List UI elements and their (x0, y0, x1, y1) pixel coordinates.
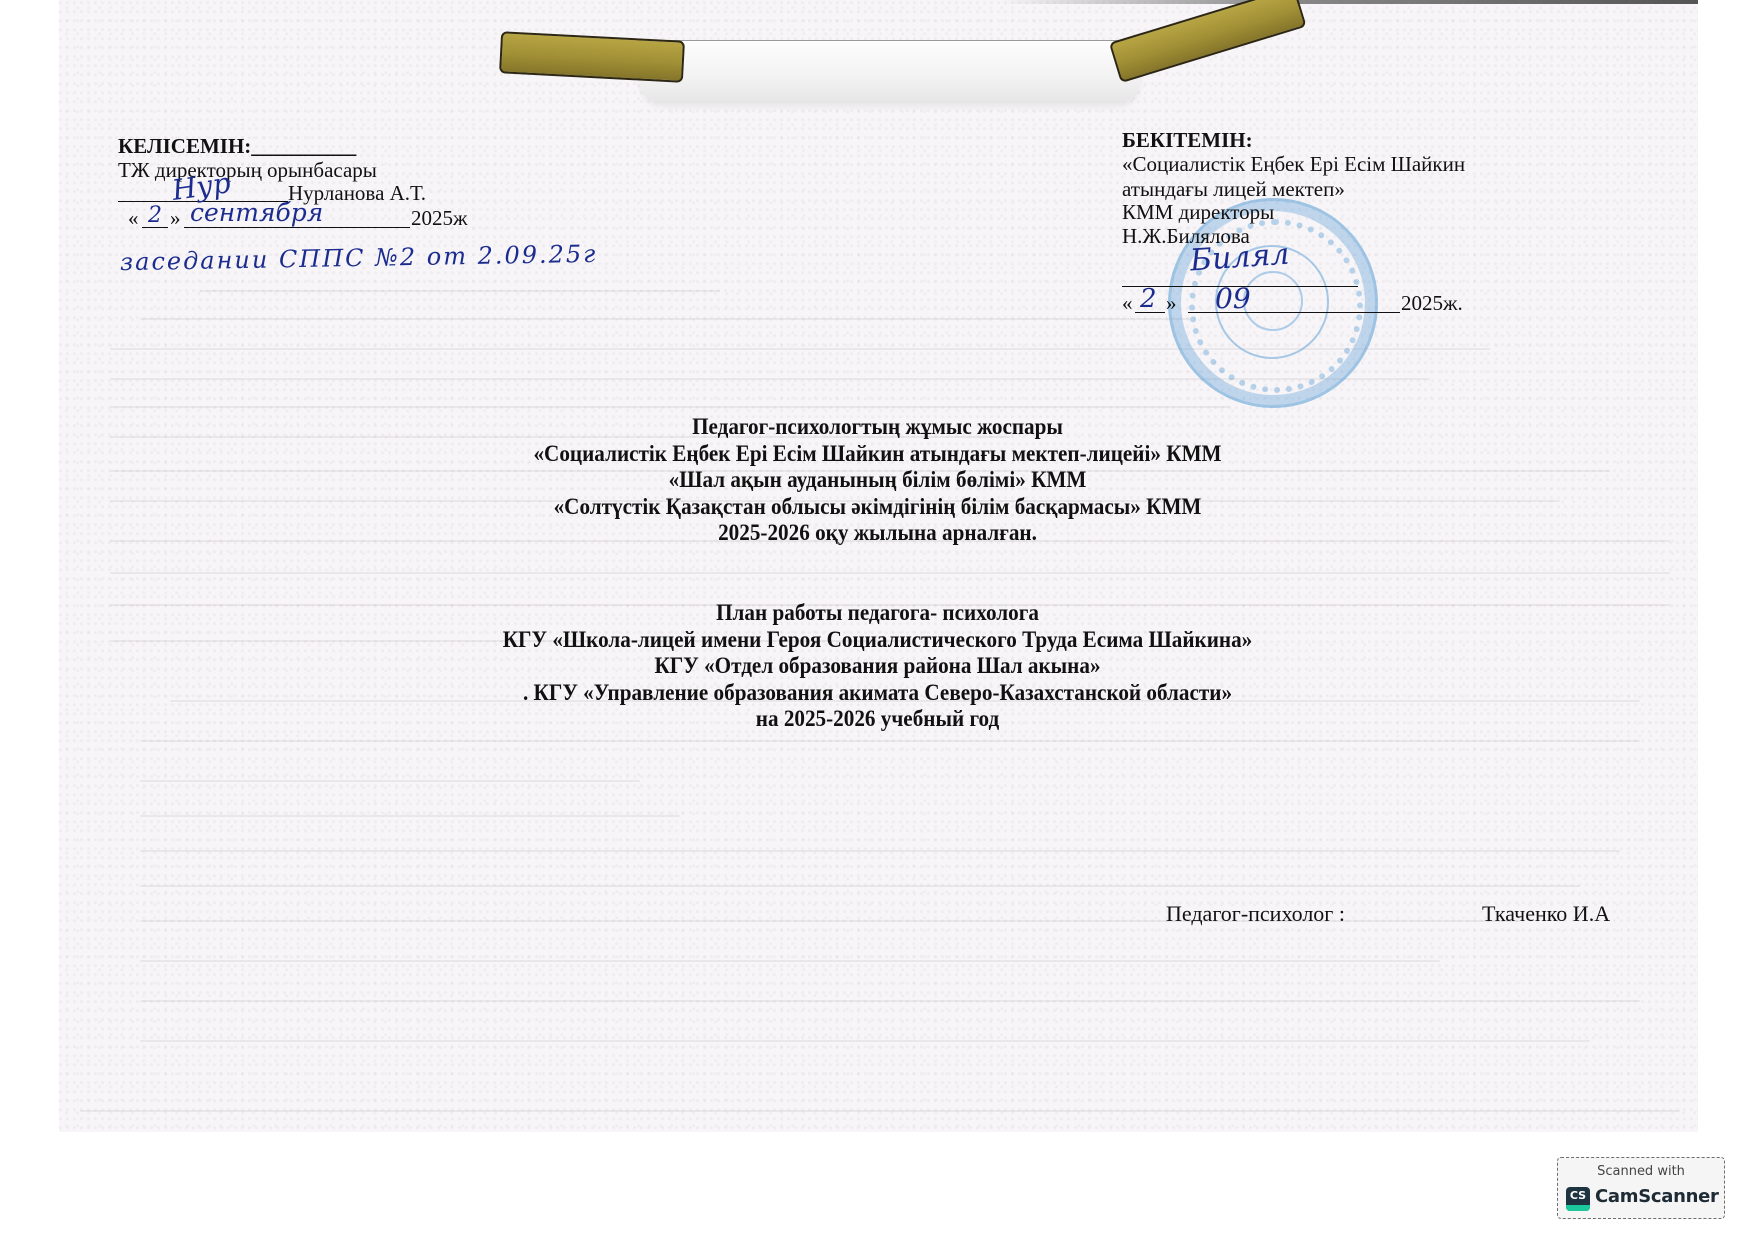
date-close-quote: » (170, 206, 181, 230)
agreed-position: ТЖ директорың орынбасары (118, 158, 377, 182)
title-kz-line: «Солтүстік Қазақстан облысы әкімдігінің … (70, 494, 1685, 521)
watermark-brand: CamScanner (1595, 1186, 1719, 1207)
approved-heading: БЕКІТЕМІН: (1122, 128, 1253, 152)
title-kz-line: Педагог-психологтың жұмыс жоспары (70, 414, 1685, 441)
approved-org-line2: атындағы лицей мектеп» (1122, 177, 1345, 201)
date-month-line (184, 227, 410, 228)
clip-plastic-sleeve (640, 40, 1140, 103)
handwritten-date-day: 2 (148, 203, 162, 228)
agreed-heading: КЕЛІСЕМІН:__________ (118, 134, 356, 158)
handwritten-date-month: сентября (190, 198, 323, 227)
title-ru-line: на 2025-2026 учебный год (70, 706, 1685, 733)
watermark-caption: Scanned with (1558, 1164, 1724, 1179)
camscanner-logo-icon: CS (1566, 1187, 1590, 1211)
stamp-emblem-icon (1243, 271, 1303, 331)
page-edge-shadow (1000, 0, 1698, 4)
handwritten-director-date-day: 2 (1140, 284, 1157, 314)
date-year: 2025ж (411, 206, 468, 230)
handwritten-signature-director: Билял (1189, 237, 1291, 279)
title-ru-line: КГУ «Отдел образования района Шал акына» (70, 653, 1685, 680)
logo-text: CS (1566, 1189, 1590, 1202)
date-open-quote: « (128, 206, 139, 230)
approved-position: КММ директоры (1122, 200, 1274, 224)
director-date-close-quote: » (1166, 291, 1177, 315)
title-ru-line: . КГУ «Управление образования акимата Се… (70, 680, 1685, 707)
director-date-year: 2025ж. (1401, 291, 1463, 315)
approved-org-line1: «Социалистік Еңбек Ері Есім Шайкин (1122, 152, 1465, 176)
director-date-open-quote: « (1122, 291, 1133, 315)
title-ru-line: КГУ «Школа-лицей имени Героя Социалистич… (70, 627, 1685, 654)
title-kz-line: «Шал ақын ауданының білім бөлімі» КММ (70, 467, 1685, 494)
title-kz-line: 2025-2026 оқу жылына арналған. (70, 520, 1685, 547)
signoff-role: Педагог-психолог : (1166, 902, 1345, 926)
title-kazakh: Педагог-психологтың жұмыс жоспары «Социа… (0, 414, 1755, 547)
handwritten-director-date-month: 09 (1215, 282, 1251, 315)
signoff-name: Ткаченко И.А (1482, 902, 1610, 926)
camscanner-watermark: Scanned with CS CamScanner (1557, 1157, 1725, 1219)
title-russian: План работы педагога- психолога КГУ «Шко… (0, 600, 1755, 733)
title-ru-line: План работы педагога- психолога (70, 600, 1685, 627)
title-kz-line: «Социалистік Еңбек Ері Есім Шайкин атынд… (70, 441, 1685, 468)
